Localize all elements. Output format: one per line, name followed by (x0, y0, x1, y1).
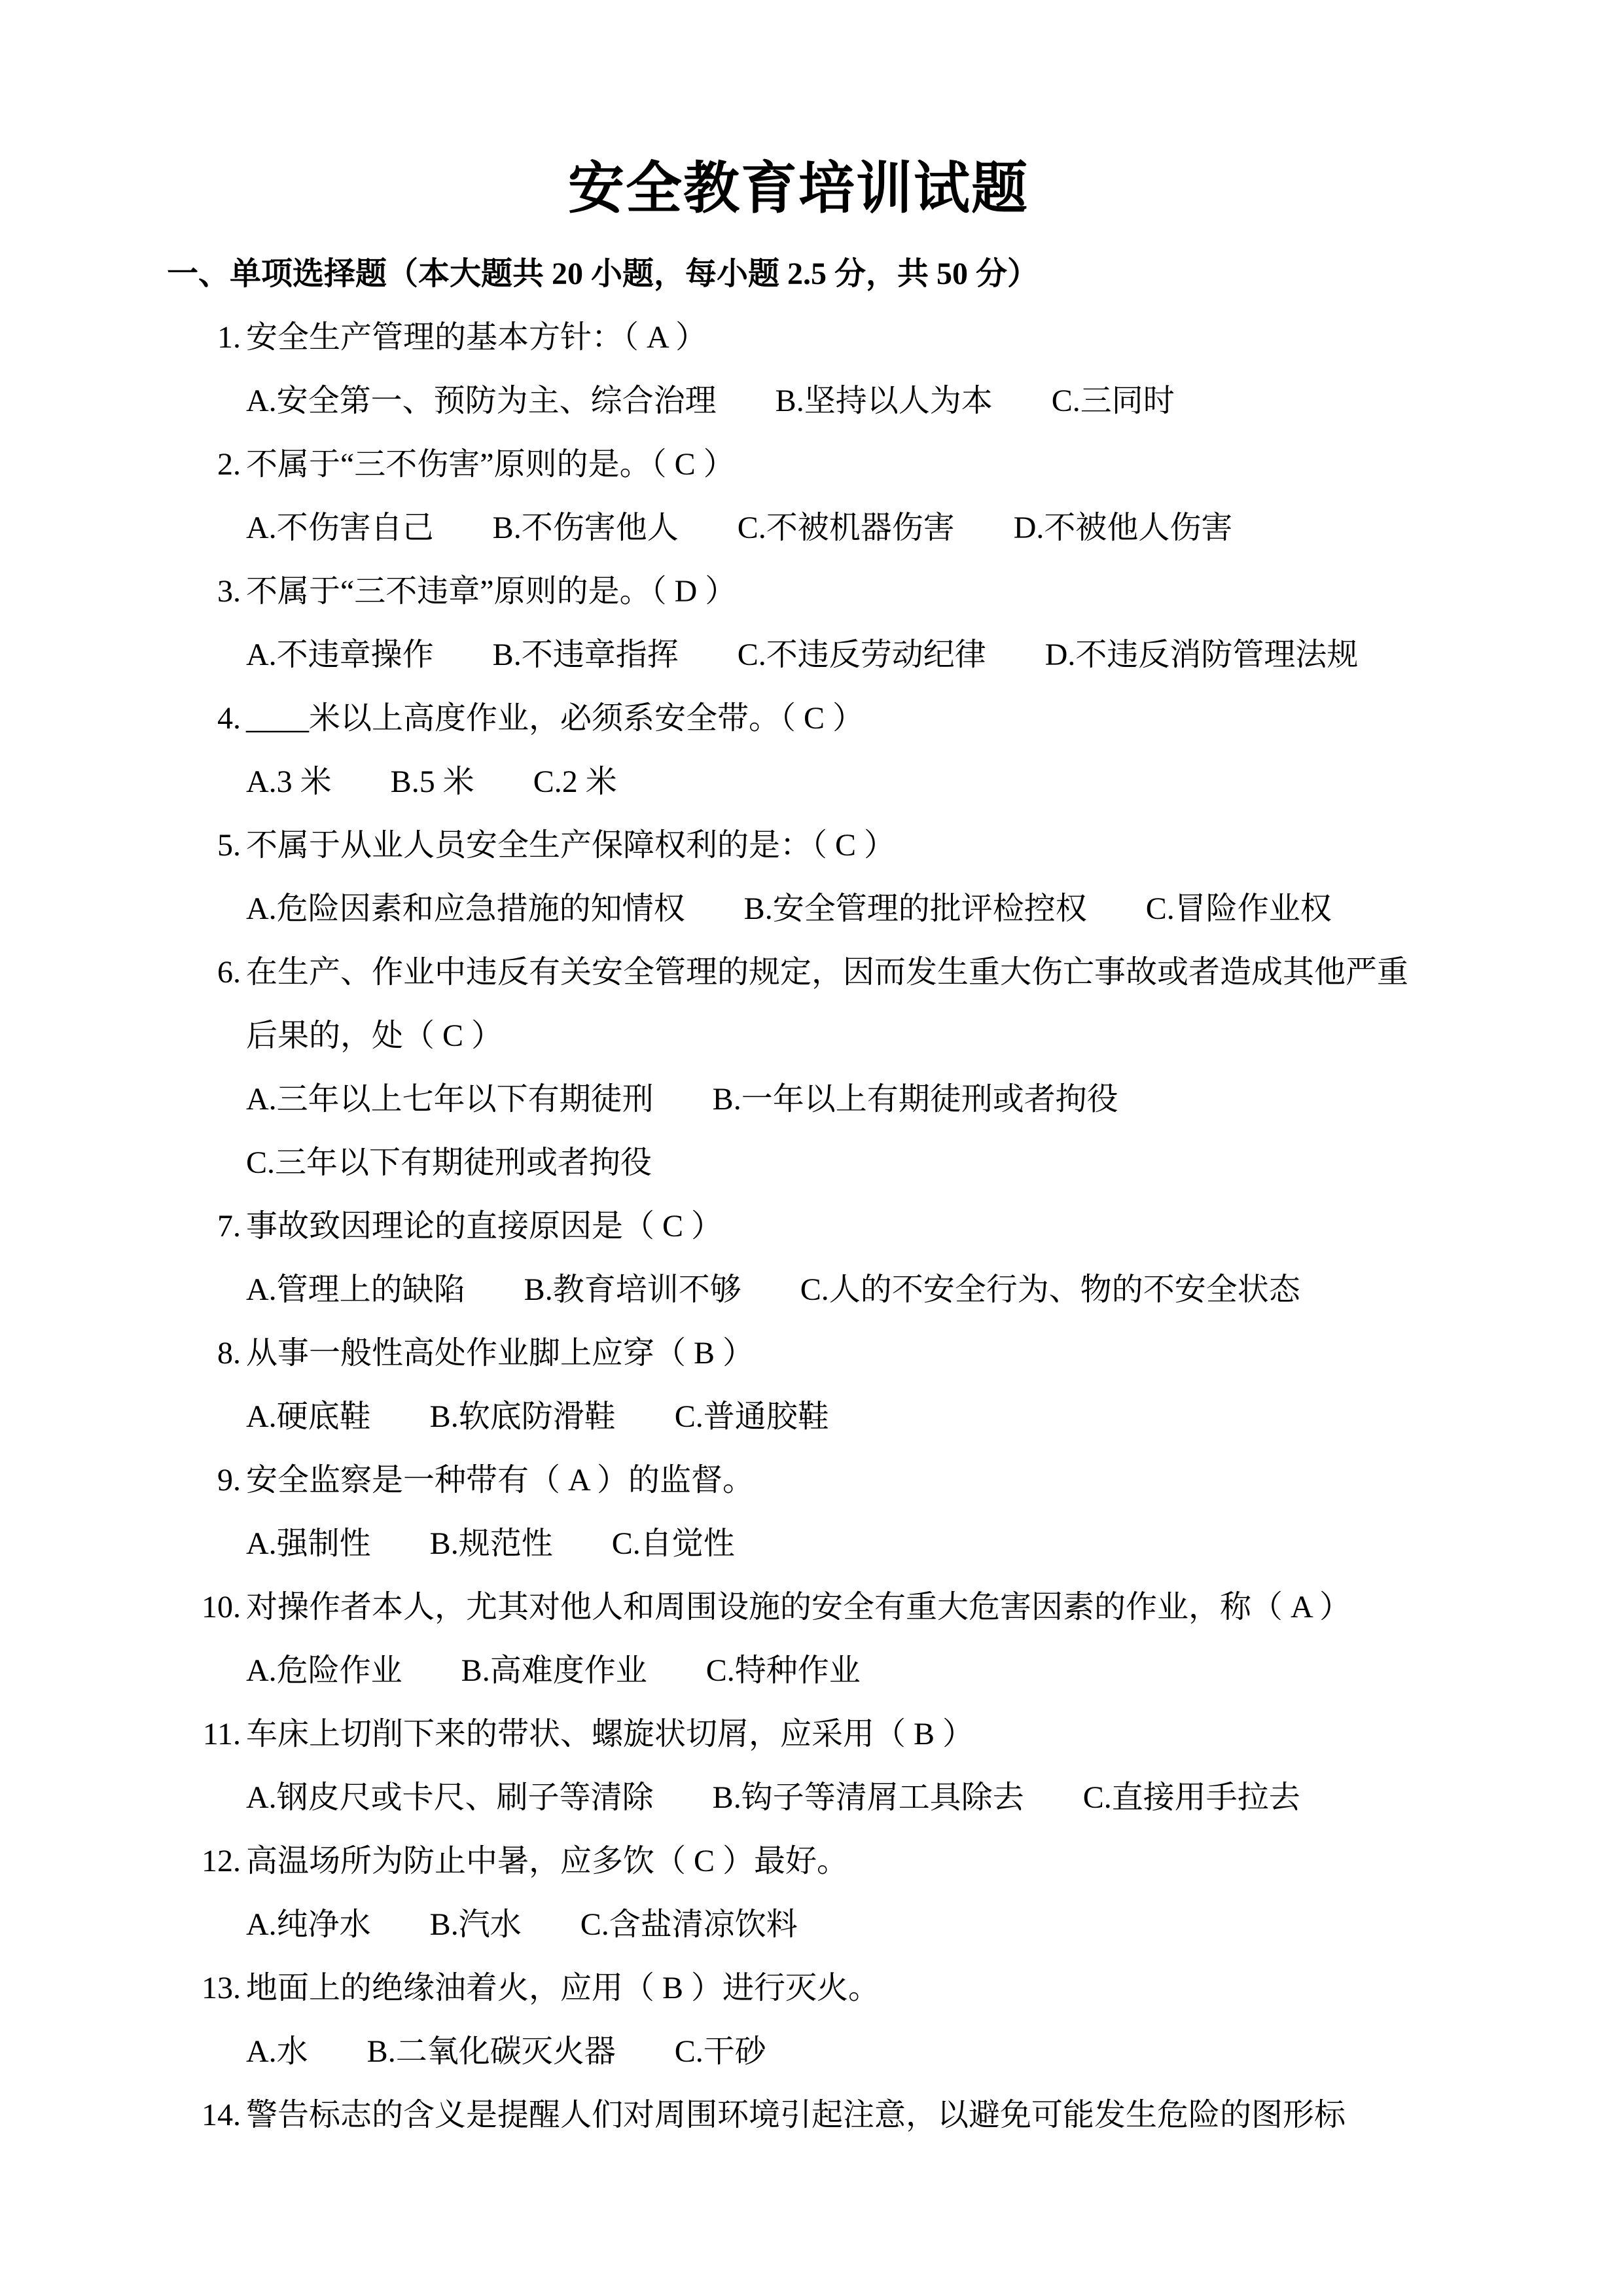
option: C.三同时 (1052, 369, 1175, 433)
question-line: 5.不属于从业人员安全生产保障权利的是：（ C ） (137, 814, 1459, 877)
question-number: 7. (137, 1194, 241, 1258)
option: B.教育培训不够 (524, 1258, 741, 1321)
option: A.危险因素和应急措施的知情权 (246, 877, 685, 941)
option-line: A.管理上的缺陷B.教育培训不够C.人的不安全行为、物的不安全状态 (137, 1258, 1459, 1321)
option: D.不违反消防管理法规 (1045, 623, 1359, 687)
question-line: 6.在生产、作业中违反有关安全管理的规定，因而发生重大伤亡事故或者造成其他严重 (137, 941, 1459, 1004)
option-line: A.危险因素和应急措施的知情权B.安全管理的批评检控权C.冒险作业权 (137, 877, 1459, 941)
option: B.规范性 (430, 1512, 553, 1575)
option: C.冒险作业权 (1146, 877, 1332, 941)
option: C.2 米 (533, 750, 617, 814)
question-text: ____米以上高度作业，必须系安全带。（ C ） (246, 701, 864, 736)
question-text: 从事一般性高处作业脚上应穿（ B ） (246, 1336, 754, 1371)
option: B.5 米 (391, 750, 474, 814)
question-text: 在生产、作业中违反有关安全管理的规定，因而发生重大伤亡事故或者造成其他严重 (246, 955, 1408, 990)
question-number: 11. (137, 1702, 241, 1766)
option: C.自觉性 (612, 1512, 735, 1575)
option: A.三年以上七年以下有期徒刑 (246, 1067, 654, 1131)
option: B.汽水 (430, 1893, 522, 1956)
question-number: 12. (137, 1829, 241, 1893)
option: A.水 (246, 2020, 308, 2083)
question-text: 车床上切削下来的带状、螺旋状切屑，应采用（ B ） (246, 1717, 974, 1751)
question-text: 高温场所为防止中暑，应多饮（ C ）最好。 (246, 1844, 848, 1878)
option: A.3 米 (246, 750, 332, 814)
option-line: A.危险作业B.高难度作业C.特种作业 (137, 1639, 1459, 1702)
option: B.不伤害他人 (493, 496, 679, 560)
question-line: 3.不属于“三不违章”原则的是。（ D ） (137, 560, 1459, 623)
option-line: C.三年以下有期徒刑或者拘役 (137, 1131, 1459, 1194)
question-number: 8. (137, 1321, 241, 1385)
question-number: 3. (137, 560, 241, 623)
question-number: 14. (137, 2083, 241, 2147)
option-line: A.三年以上七年以下有期徒刑B.一年以上有期徒刑或者拘役 (137, 1067, 1459, 1131)
option: B.一年以上有期徒刑或者拘役 (713, 1067, 1118, 1131)
option-line: A.安全第一、预防为主、综合治理B.坚持以人为本C.三同时 (137, 369, 1459, 433)
question-line: 4.____米以上高度作业，必须系安全带。（ C ） (137, 687, 1459, 750)
question-line: 10.对操作者本人，尤其对他人和周围设施的安全有重大危害因素的作业，称（ A ） (137, 1575, 1459, 1639)
question-text: 事故致因理论的直接原因是（ C ） (246, 1209, 722, 1244)
question-line: 14.警告标志的含义是提醒人们对周围环境引起注意，以避免可能发生危险的图形标 (137, 2083, 1459, 2147)
option: D.不被他人伤害 (1014, 496, 1233, 560)
option: A.钢皮尺或卡尺、刷子等清除 (246, 1766, 654, 1829)
exam-page: 安全教育培训试题 一、单项选择题（本大题共 20 小题，每小题 2.5 分，共 … (0, 0, 1623, 2296)
option: A.纯净水 (246, 1893, 371, 1956)
question-text: 地面上的绝缘油着火，应用（ B ）进行灭火。 (246, 1971, 880, 2005)
option-line: A.不违章操作B.不违章指挥C.不违反劳动纪律D.不违反消防管理法规 (137, 623, 1459, 687)
option: A.硬底鞋 (246, 1385, 371, 1448)
question-line: 13.地面上的绝缘油着火，应用（ B ）进行灭火。 (137, 1956, 1459, 2020)
question-text: 对操作者本人，尤其对他人和周围设施的安全有重大危害因素的作业，称（ A ） (246, 1590, 1351, 1624)
question-number: 10. (137, 1575, 241, 1639)
question-line: 9.安全监察是一种带有（ A ）的监督。 (137, 1448, 1459, 1512)
question-number: 5. (137, 814, 241, 877)
question-number: 6. (137, 941, 241, 1004)
question-text: 不属于从业人员安全生产保障权利的是：（ C ） (246, 828, 895, 863)
question-text: 不属于“三不违章”原则的是。（ D ） (246, 574, 736, 609)
question-list: 1.安全生产管理的基本方针：（ A ）A.安全第一、预防为主、综合治理B.坚持以… (137, 306, 1459, 2147)
option: C.直接用手拉去 (1083, 1766, 1300, 1829)
question-number: 4. (137, 687, 241, 750)
question-text: 警告标志的含义是提醒人们对周围环境引起注意，以避免可能发生危险的图形标 (246, 2098, 1346, 2132)
question-line: 8.从事一般性高处作业脚上应穿（ B ） (137, 1321, 1459, 1385)
option: C.干砂 (675, 2020, 766, 2083)
option: B.安全管理的批评检控权 (744, 877, 1087, 941)
question-number: 9. (137, 1448, 241, 1512)
question-text: 不属于“三不伤害”原则的是。（ C ） (246, 447, 735, 482)
option-line: A.不伤害自己B.不伤害他人C.不被机器伤害D.不被他人伤害 (137, 496, 1459, 560)
question-number: 13. (137, 1956, 241, 2020)
option: A.安全第一、预防为主、综合治理 (246, 369, 717, 433)
option-line: A.纯净水B.汽水C.含盐清凉饮料 (137, 1893, 1459, 1956)
question-text: 安全生产管理的基本方针：（ A ） (246, 320, 707, 355)
option: B.不违章指挥 (493, 623, 679, 687)
question-continuation-line: 后果的，处（ C ） (137, 1004, 1459, 1067)
question-line: 7.事故致因理论的直接原因是（ C ） (137, 1194, 1459, 1258)
option-line: A.硬底鞋B.软底防滑鞋C.普通胶鞋 (137, 1385, 1459, 1448)
option: C.普通胶鞋 (675, 1385, 829, 1448)
option-line: A.水B.二氧化碳灭火器C.干砂 (137, 2020, 1459, 2083)
option: B.高难度作业 (461, 1639, 647, 1702)
option: B.钩子等清屑工具除去 (713, 1766, 1024, 1829)
page-title: 安全教育培训试题 (137, 156, 1459, 221)
option: B.软底防滑鞋 (430, 1385, 616, 1448)
option: A.不伤害自己 (246, 496, 434, 560)
question-line: 2.不属于“三不伤害”原则的是。（ C ） (137, 433, 1459, 496)
question-line: 12.高温场所为防止中暑，应多饮（ C ）最好。 (137, 1829, 1459, 1893)
section-heading: 一、单项选择题（本大题共 20 小题，每小题 2.5 分，共 50 分） (137, 242, 1459, 306)
option-line: A.强制性B.规范性C.自觉性 (137, 1512, 1459, 1575)
question-number: 2. (137, 433, 241, 496)
question-text: 安全监察是一种带有（ A ）的监督。 (246, 1463, 754, 1498)
option: C.特种作业 (706, 1639, 861, 1702)
option-line: A.3 米B.5 米C.2 米 (137, 750, 1459, 814)
option: A.管理上的缺陷 (246, 1258, 465, 1321)
option: C.三年以下有期徒刑或者拘役 (246, 1131, 652, 1194)
option: C.含盐清凉饮料 (580, 1893, 798, 1956)
option: A.危险作业 (246, 1639, 402, 1702)
option: A.强制性 (246, 1512, 371, 1575)
question-number: 1. (137, 306, 241, 369)
option: C.不被机器伤害 (738, 496, 955, 560)
option: B.二氧化碳灭火器 (367, 2020, 616, 2083)
option: A.不违章操作 (246, 623, 434, 687)
option: C.人的不安全行为、物的不安全状态 (800, 1258, 1300, 1321)
option: B.坚持以人为本 (776, 369, 993, 433)
option: C.不违反劳动纪律 (738, 623, 986, 687)
question-line: 11.车床上切削下来的带状、螺旋状切屑，应采用（ B ） (137, 1702, 1459, 1766)
question-line: 1.安全生产管理的基本方针：（ A ） (137, 306, 1459, 369)
option-line: A.钢皮尺或卡尺、刷子等清除B.钩子等清屑工具除去C.直接用手拉去 (137, 1766, 1459, 1829)
